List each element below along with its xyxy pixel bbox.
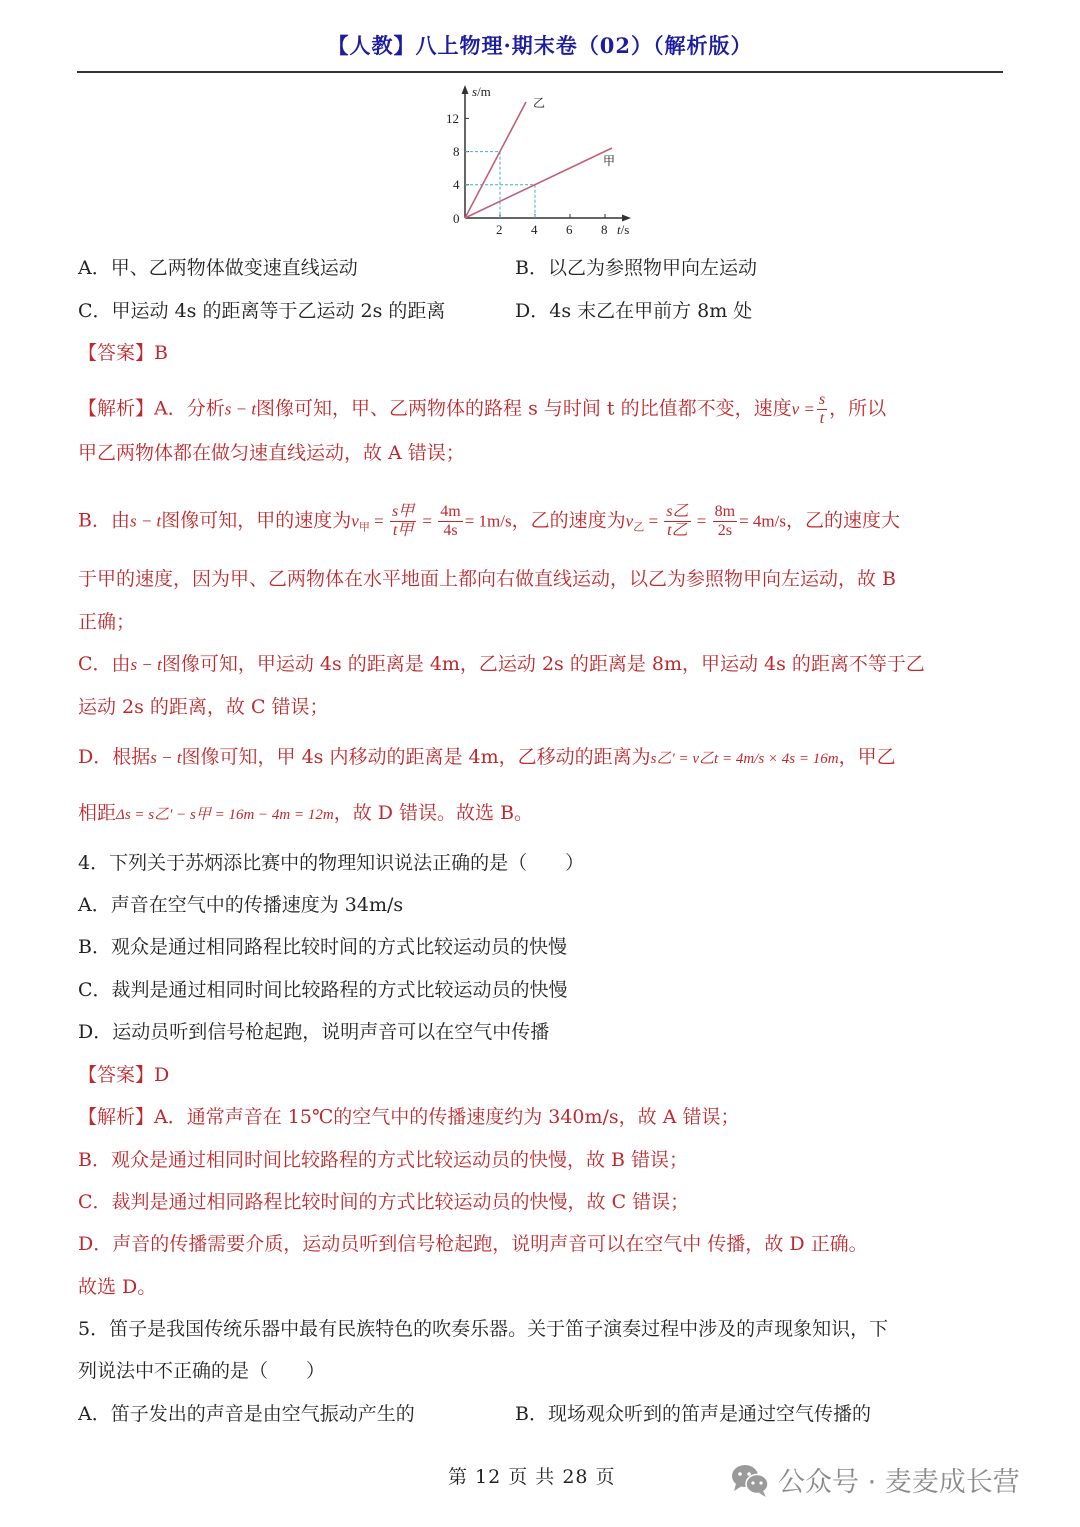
q3-analysis-b-line1: B．由s − t图像可知，甲的速度为v甲 = s甲t甲 = 4m4s= 1m/s… xyxy=(78,503,900,540)
watermark-text: 公众号 · 麦麦成长营 xyxy=(778,1460,1020,1499)
fraction-4m-4s: 4m4s xyxy=(438,503,462,540)
q3-option-d: D．4s 末乙在甲前方 8m 处 xyxy=(515,299,752,323)
st-label: s − t xyxy=(130,512,161,531)
fraction-s-yi-t-yi: s乙t乙 xyxy=(664,503,690,540)
q3-option-a: A．甲、乙两物体做变速直线运动 xyxy=(78,256,358,280)
q5-stem-line1: 5．笛子是我国传统乐器中最有民族特色的吹奏乐器。关于笛子演奏过程中涉及的声现象知… xyxy=(78,1317,888,1341)
q3-analysis-c-line2: 运动 2s 的距离，故 C 错误； xyxy=(78,695,329,719)
fraction-denominator: t xyxy=(817,410,827,428)
fraction-denominator: 4s xyxy=(438,522,462,540)
q3-option-b: B．以乙为参照物甲向左运动 xyxy=(515,256,757,280)
fraction-denominator: t乙 xyxy=(664,522,690,540)
q4-analysis-line4: D．声音的传播需要介质，运动员听到信号枪起跑，说明声音可以在空气中 传播，故 D… xyxy=(78,1232,868,1256)
v-jia-sub: 甲 xyxy=(359,521,370,534)
q4-option-c: C．裁判是通过相同时间比较路程的方式比较运动员的快慢 xyxy=(78,978,568,1002)
svg-text:12: 12 xyxy=(446,111,459,126)
fraction-numerator: s甲 xyxy=(390,503,416,522)
svg-text:s/m: s/m xyxy=(472,84,491,99)
st-label: s − t xyxy=(225,400,256,419)
q3-analysis-a-line2: 甲乙两物体都在做匀速直线运动，故 A 错误； xyxy=(78,441,465,465)
q4-option-b: B．观众是通过相同路程比较时间的方式比较运动员的快慢 xyxy=(78,935,567,959)
svg-text:8: 8 xyxy=(453,144,460,159)
fraction-denominator: t甲 xyxy=(390,522,416,540)
q4-stem: 4．下列关于苏炳添比赛中的物理知识说法正确的是（ ） xyxy=(78,851,584,875)
fraction-numerator: s xyxy=(817,391,827,410)
analysis-d2-suffix: ，故 D 错误。故选 B。 xyxy=(334,802,533,824)
analysis-c-rest: 图像可知，甲运动 4s 的距离是 4m，乙运动 2s 的距离是 8m，甲运动 4… xyxy=(162,653,925,675)
document-title: 【人教】八上物理·期末卷（02）（解析版） xyxy=(0,30,1080,60)
v-yi-sub: 乙 xyxy=(633,521,644,534)
svg-text:t/s: t/s xyxy=(617,222,629,237)
q4-analysis-line5: 故选 D。 xyxy=(78,1275,156,1299)
q3-answer: 【答案】B xyxy=(78,341,168,365)
svg-text:0: 0 xyxy=(453,211,460,226)
q4-option-a: A．声音在空气中的传播速度为 34m/s xyxy=(78,893,403,917)
q5-stem-line2: 列说法中不正确的是（ ） xyxy=(78,1359,325,1383)
watermark: 公众号 · 麦麦成长营 xyxy=(730,1460,1020,1499)
svg-text:甲: 甲 xyxy=(603,154,615,168)
header-divider xyxy=(77,71,1003,73)
fraction-numerator: s乙 xyxy=(664,503,690,522)
fraction-s-over-t: st xyxy=(817,391,827,428)
st-label: s − t xyxy=(150,748,181,767)
q4-analysis-line3: C．裁判是通过相同路程比较时间的方式比较运动员的快慢，故 C 错误； xyxy=(78,1190,689,1214)
s-t-graph: s/m 12 8 4 0 2 4 6 8 t/s 乙 甲 xyxy=(430,82,650,242)
analysis-a-suffix: ，所以 xyxy=(829,398,886,420)
svg-text:4: 4 xyxy=(453,177,460,192)
analysis-b-mid2: ，乙的速度为 xyxy=(512,510,626,532)
v-jia: v xyxy=(351,512,359,531)
analysis-d-suffix: ，甲乙 xyxy=(839,746,896,768)
fraction-s-jia-t-jia: s甲t甲 xyxy=(390,503,416,540)
fraction-8m-2s: 8m2s xyxy=(713,503,737,540)
svg-text:6: 6 xyxy=(566,222,573,237)
result-4ms: = 4m/s xyxy=(739,512,786,531)
q3-analysis-d-line1: D．根据s − t图像可知，甲 4s 内移动的距离是 4m，乙移动的距离为s乙′… xyxy=(78,745,896,771)
fraction-numerator: 8m xyxy=(713,503,737,522)
q3-analysis-d-line2: 相距Δs = s乙′ − s甲 = 16m − 4m = 12m，故 D 错误。… xyxy=(78,801,533,827)
analysis-b-prefix: B．由 xyxy=(78,510,130,532)
formula-s-yi-prime: s乙′ = v乙t = 4m/s × 4s = 16m xyxy=(651,751,839,767)
formula-v: v = xyxy=(792,400,815,419)
q3-option-c: C．甲运动 4s 的距离等于乙运动 2s 的距离 xyxy=(78,299,445,323)
q3-analysis-b-line2: 于甲的速度，因为甲、乙两物体在水平地面上都向右做直线运动，以乙为参照物甲向左运动… xyxy=(78,567,896,591)
fraction-denominator: 2s xyxy=(713,522,737,540)
analysis-d2-prefix: 相距 xyxy=(78,802,116,824)
svg-text:8: 8 xyxy=(601,222,608,237)
q4-answer: 【答案】D xyxy=(78,1063,169,1087)
q4-option-d: D．运动员听到信号枪起跑，说明声音可以在空气中传播 xyxy=(78,1020,549,1044)
q4-analysis-line2: B．观众是通过相同时间比较路程的方式比较运动员的快慢，故 B 错误； xyxy=(78,1148,688,1172)
analysis-c-prefix: C．由 xyxy=(78,653,131,675)
wechat-icon xyxy=(730,1462,770,1498)
svg-text:2: 2 xyxy=(496,222,503,237)
q5-option-b: B．现场观众听到的笛声是通过空气传播的 xyxy=(515,1402,871,1426)
analysis-a-mid: 图像可知，甲、乙两物体的路程 s 与时间 t 的比值都不变，速度 xyxy=(256,398,792,420)
svg-text:4: 4 xyxy=(531,222,538,237)
analysis-d-mid: 图像可知，甲 4s 内移动的距离是 4m，乙移动的距离为 xyxy=(182,746,651,768)
result-1ms: = 1m/s xyxy=(465,512,512,531)
q3-analysis-c-line1: C．由s − t图像可知，甲运动 4s 的距离是 4m，乙运动 2s 的距离是 … xyxy=(78,652,925,677)
analysis-b-suffix: ，乙的速度大 xyxy=(786,510,900,532)
q4-analysis-line1: 【解析】A．通常声音在 15℃的空气中的传播速度约为 340m/s，故 A 错误… xyxy=(78,1105,739,1129)
page-number: 第 12 页 共 28 页 xyxy=(448,1462,616,1489)
svg-text:乙: 乙 xyxy=(533,96,545,110)
analysis-a-prefix: 【解析】A．分析 xyxy=(78,398,225,420)
q3-analysis-b-line3: 正确； xyxy=(78,610,135,634)
analysis-b-mid1: 图像可知，甲的速度为 xyxy=(161,510,351,532)
st-label: s − t xyxy=(131,655,162,674)
formula-delta-s: Δs = s乙′ − s甲 = 16m − 4m = 12m xyxy=(116,807,334,823)
q3-analysis-a-line1: 【解析】A．分析s − t图像可知，甲、乙两物体的路程 s 与时间 t 的比值都… xyxy=(78,391,886,428)
q5-option-a: A．笛子发出的声音是由空气振动产生的 xyxy=(78,1402,415,1426)
analysis-d-prefix: D．根据 xyxy=(78,746,150,768)
fraction-numerator: 4m xyxy=(438,503,462,522)
